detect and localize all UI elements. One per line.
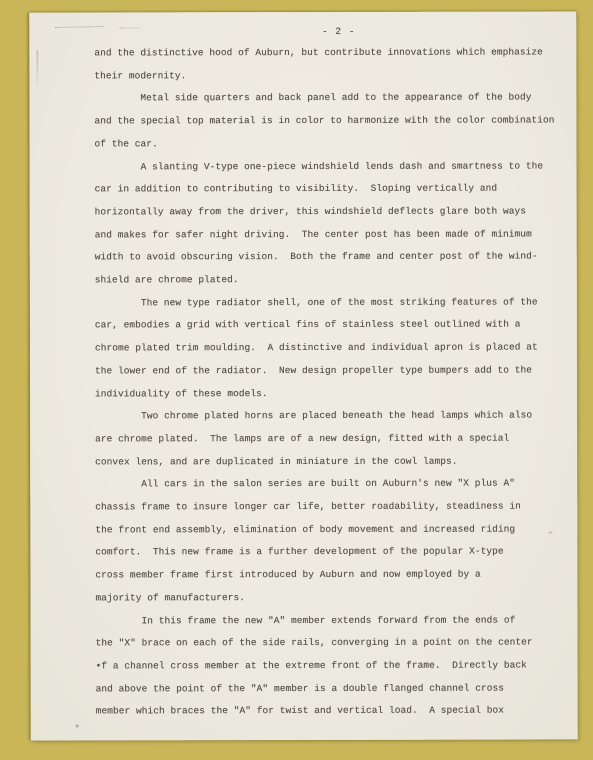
paper-crease	[36, 51, 38, 87]
document-page: - 2 - and the distinctive hood of Auburn…	[29, 11, 578, 740]
paper-speck	[548, 531, 552, 533]
scan-background: - 2 - and the distinctive hood of Auburn…	[0, 0, 593, 760]
page-number: - 2 -	[29, 25, 576, 37]
paper-speck	[76, 724, 79, 727]
document-body-text: and the distinctive hood of Auburn, but …	[94, 41, 565, 723]
